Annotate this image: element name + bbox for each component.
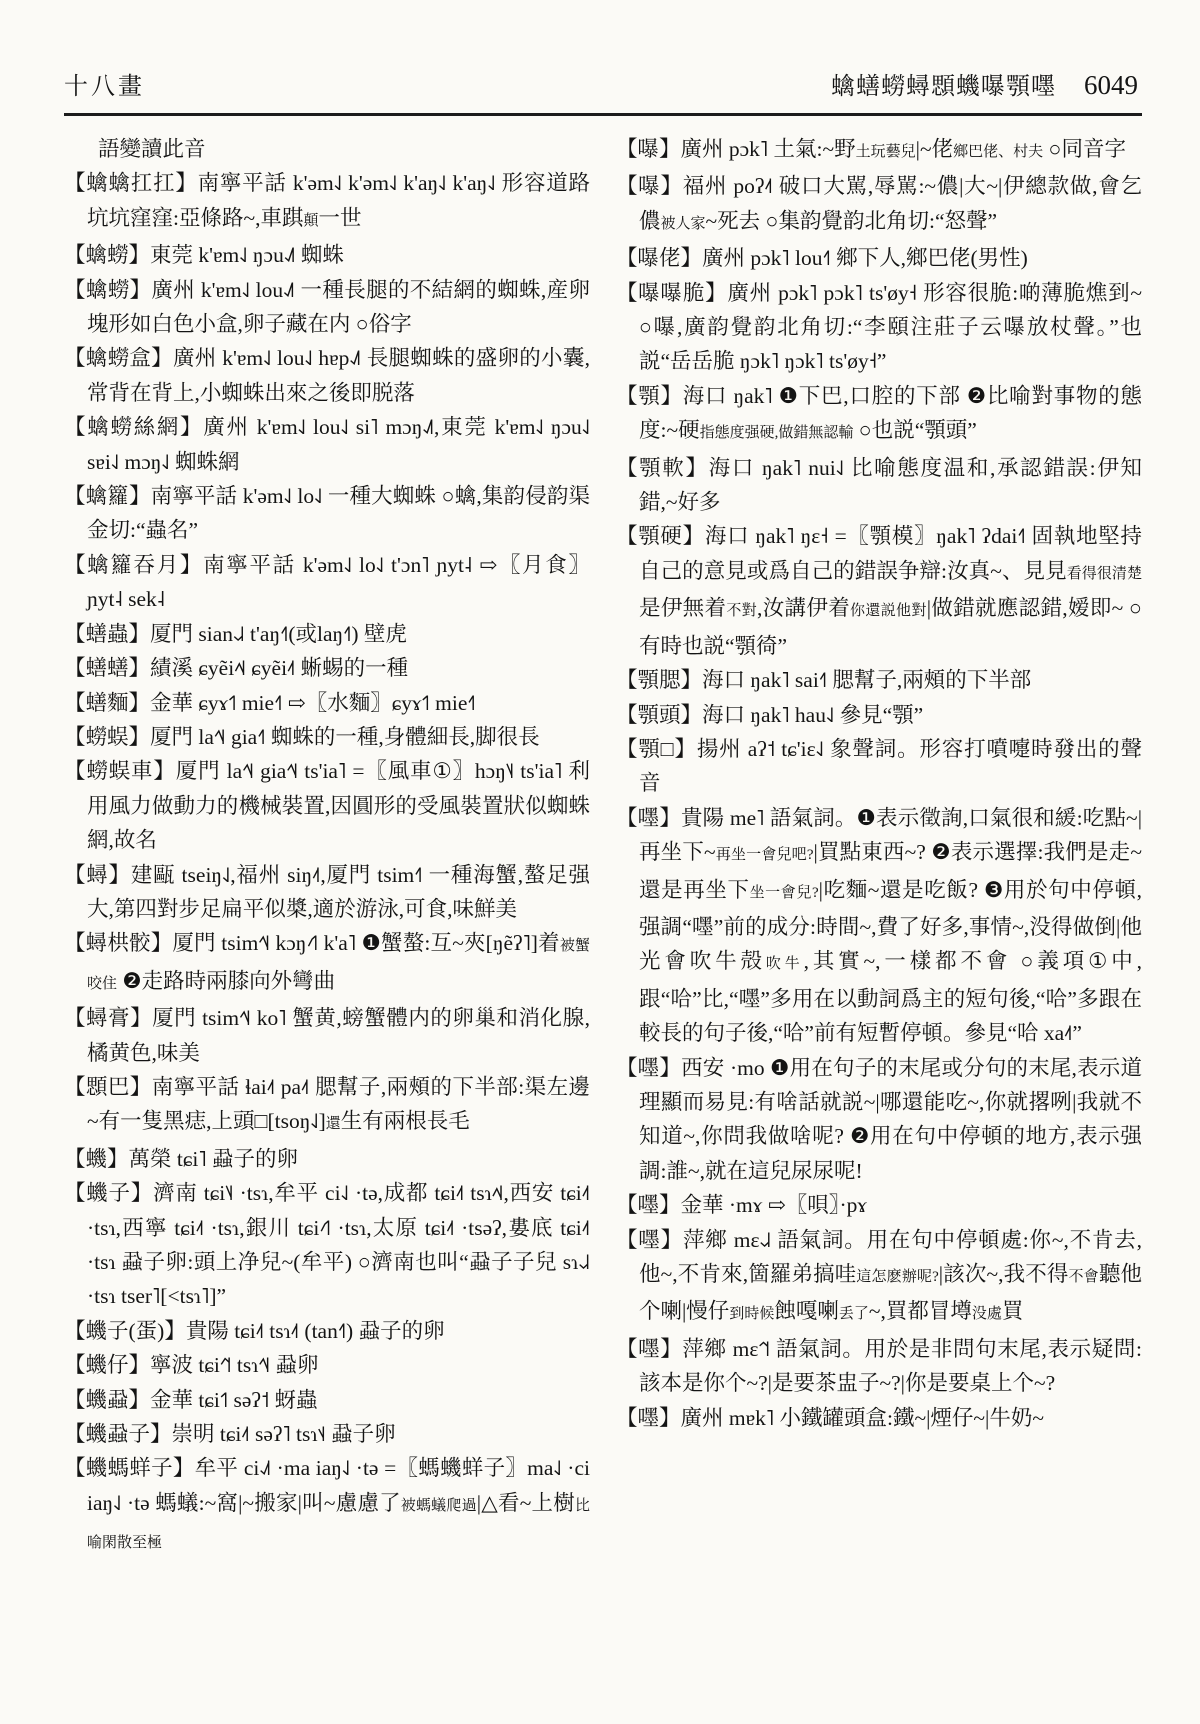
- entry-headword: 【蟣蝨】: [64, 1388, 150, 1412]
- entry-text: |~佬: [916, 137, 953, 161]
- dictionary-entry: 【嚗嚗脆】廣州 pɔk˥ pɔk˥ ts'øy˧ 形容很脆:啲薄脆燋到~ ○嚗,…: [616, 276, 1142, 379]
- entry-text: 廣州 k'ɐm˨˩ lou˨˩˥ 一種長腿的不結網的蜘蛛,産卵塊形如白色小盒,卵…: [87, 278, 590, 336]
- dictionary-entry: 【嚜】萍鄉 mɛ˨˩˨ 語氣詞。用在句中停頓處:你~,不肯去,他~,不肯來,箇羅…: [616, 1223, 1142, 1332]
- dictionary-entry: 【蟮蟲】厦門 sian˨˩˨ t'aŋ˧˥(或laŋ˧˥) 壁虎: [64, 617, 590, 651]
- entry-text: 揚州 aʔ˦ tɕ'iɛ˨˩ 象聲詞。形容打噴嚏時發出的聲音: [639, 737, 1142, 795]
- inline-gloss: 土玩藝兒: [856, 144, 916, 160]
- entry-headword: 【嚜】: [616, 1056, 681, 1080]
- entry-text: 金華 ɕyɤ˦˥ mie˧˥ ⇨〖水麵〗ɕyɤ˦˥ mie˧˥: [150, 691, 476, 715]
- inline-gloss: 還: [326, 1116, 341, 1132]
- dictionary-entry: 【蟮麵】金華 ɕyɤ˦˥ mie˧˥ ⇨〖水麵〗ɕyɤ˦˥ mie˧˥: [64, 686, 590, 720]
- entry-text: |△看~上樹: [477, 1491, 575, 1515]
- entry-text: 寧波 tɕi˧˥˦ tsɿ˧˥˨ 蝨卵: [150, 1353, 318, 1377]
- dictionary-entry: 【蟣】萬榮 tɕi˥ 蝨子的卵: [64, 1142, 590, 1176]
- entry-text: 廣州 pɔk˥ 土氣:~野: [681, 137, 856, 161]
- text-columns: 語變讀此音 【蠄蠄扛扛】南寧平話 k'əm˨˩ k'əm˨˩ k'aŋ˨˩ k'…: [64, 132, 1142, 1704]
- dictionary-entry: 【蠄籮吞月】南寧平話 k'əm˨˩ lo˨˩ t'ɔn˥ ɲyt˨ ⇨〖月食〗ɲ…: [64, 548, 590, 617]
- entry-headword: 【蟣】: [64, 1147, 129, 1171]
- dictionary-entry: 【蟧蜈車】厦門 la˧˥˨ gia˧˥˨ ts'ia˥ =〖風車①〗hɔŋ˥˨ …: [64, 754, 590, 857]
- inline-gloss: 再坐一會兒吧?: [716, 847, 814, 863]
- entry-headword: 【嚜】: [616, 1228, 683, 1252]
- entry-headword: 【蟮蟮】: [64, 656, 150, 680]
- entry-headword: 【嚜】: [616, 806, 681, 830]
- entry-text: ~,買都冒墫: [869, 1299, 972, 1323]
- entry-text: ○同音字: [1043, 137, 1126, 161]
- entry-text: 萬榮 tɕi˥ 蝨子的卵: [129, 1147, 298, 1171]
- entry-headword: 【蠄籮吞月】: [64, 553, 203, 577]
- right-column: 【嚗】廣州 pɔk˥ 土氣:~野土玩藝兒|~佬鄉巴佬、村夫 ○同音字【嚗】福州 …: [616, 132, 1142, 1704]
- dictionary-entry: 【蟳】建甌 tseiŋ˨˩,福州 siŋ˨˦,厦門 tsim˧˥ 一種海蟹,螯足…: [64, 858, 590, 927]
- entry-headword: 【顋巴】: [64, 1075, 152, 1099]
- left-column: 語變讀此音 【蠄蠄扛扛】南寧平話 k'əm˨˩ k'əm˨˩ k'aŋ˨˩ k'…: [64, 132, 590, 1704]
- entry-text: ❷走路時兩膝向外彎曲: [117, 969, 335, 993]
- inline-gloss: 鄉巴佬、村夫: [953, 144, 1043, 160]
- inline-gloss: 不對: [726, 603, 757, 619]
- entry-headword: 【蟳膏】: [64, 1006, 152, 1030]
- entry-text: 貴陽 tɕi˨˦ tsɿ˨˦ (tan˧˥) 蝨子的卵: [186, 1319, 445, 1343]
- dictionary-entry: 【蠄蟧】東莞 k'ɐm˨˩ ŋɔu˨˩˥ 蜘蛛: [64, 238, 590, 272]
- dictionary-entry: 【顋巴】南寧平話 ɬai˨˦ pa˨˦ 腮幫子,兩頰的下半部:渠左邊~有一隻黑痣…: [64, 1070, 590, 1142]
- entry-headword: 【顎腮】: [616, 668, 702, 692]
- entry-headword: 【蠄蟧絲網】: [64, 415, 203, 439]
- entry-headword: 【蠄蟧】: [64, 243, 150, 267]
- dictionary-entry: 【顎軟】海口 ŋak˥ nui˨˩ 比喻態度温和,承認錯誤:伊知錯,~好多: [616, 451, 1142, 520]
- inline-gloss: 這怎麽辦呢?: [856, 1269, 938, 1285]
- dictionary-entry: 【嚗佬】廣州 pɔk˥ lou˧˥ 鄉下人,鄉巴佬(男性): [616, 241, 1142, 275]
- entry-text: 買: [1002, 1299, 1024, 1323]
- dictionary-page: 十八畫 蠄蟮蟧蟳顋蟣嚗顎嚜 6049 語變讀此音 【蠄蠄扛扛】南寧平話 k'əm…: [0, 0, 1200, 1724]
- entry-text: 厦門 la˧˥˨ gia˧˥ 蜘蛛的一種,身體細長,脚很長: [150, 725, 540, 749]
- entry-headword: 【蟮麵】: [64, 691, 150, 715]
- dictionary-entry: 【顎】海口 ŋak˥ ❶下巴,口腔的下部 ❷比喻對事物的態度:~硬指態度强硬,做…: [616, 379, 1142, 451]
- entry-text: 厦門 tsim˧˥˨ ko˥ 蟹黄,螃蟹體内的卵巢和消化腺,橘黄色,味美: [87, 1006, 590, 1064]
- entry-text: 金華 ·mɤ ⇨〖唄〗·pɤ: [681, 1193, 867, 1217]
- dictionary-entry: 【嚜】金華 ·mɤ ⇨〖唄〗·pɤ: [616, 1188, 1142, 1222]
- entry-text: ,汝講伊着: [757, 596, 850, 620]
- entry-text: ~死去 ○集韵覺韵北角切:“怒聲”: [706, 209, 998, 233]
- entry-text: 生有兩根長毛: [341, 1109, 470, 1133]
- dictionary-entry: 【嚜】萍鄉 mɛ˦˥˦ 語氣詞。用於是非問句末尾,表示疑問:該本是你个~?|是要…: [616, 1332, 1142, 1401]
- dictionary-entry: 【蟣蝨】金華 tɕi˦˥ səʔ˦ 蚜蟲: [64, 1383, 590, 1417]
- entry-headword: 【嚗佬】: [616, 246, 702, 270]
- dictionary-entry: 【蟣子】濟南 tɕi˥˨ ·tsɿ,牟平 ci˨˩ ·tə,成都 tɕi˨˦ t…: [64, 1176, 590, 1314]
- entry-headword: 【嚜】: [616, 1193, 681, 1217]
- dictionary-entry: 【蟣蝨子】崇明 tɕi˨˦ səʔ˥ tsɿ˦˨ 蝨子卵: [64, 1417, 590, 1451]
- entry-headword: 【蠄蟧】: [64, 278, 151, 302]
- dictionary-entry: 【嚗】福州 poʔ˨˦ 破口大駡,辱駡:~儂|大~|伊總款做,會乞儂被人家~死去…: [616, 169, 1142, 241]
- entry-text: 崇明 tɕi˨˦ səʔ˥ tsɿ˦˨ 蝨子卵: [172, 1422, 396, 1446]
- section-title: 十八畫: [64, 66, 145, 101]
- dictionary-entry: 【嚜】貴陽 me˥ 語氣詞。❶表示徵詢,口氣很和緩:吃點~|再坐下~再坐一會兒吧…: [616, 801, 1142, 1051]
- continuation-line: 語變讀此音: [64, 132, 590, 166]
- entry-text: 海口 ŋak˥ sai˧˥ 腮幫子,兩頰的下半部: [702, 668, 1031, 692]
- entry-headword: 【嚗嚗脆】: [616, 281, 727, 305]
- dictionary-entry: 【蟳栱骹】厦門 tsim˧˥˨ kɔŋ˨˦˥ k'a˥ ❶蟹螯:互~夾[ŋẽʔ˥…: [64, 926, 590, 1001]
- inline-gloss: 吹牛: [766, 956, 804, 972]
- entry-text: 厦門 sian˨˩˨ t'aŋ˧˥(或laŋ˧˥) 壁虎: [150, 622, 407, 646]
- entry-text: 績溪 ɕyẽi˨˦˨ ɕyẽi˨˦ 蜥蜴的一種: [150, 656, 408, 680]
- entry-text: 厦門 tsim˧˥˨ kɔŋ˨˦˥ k'a˥ ❶蟹螯:互~夾[ŋẽʔ˥]着: [172, 931, 559, 955]
- dictionary-entry: 【蟳膏】厦門 tsim˧˥˨ ko˥ 蟹黄,螃蟹體内的卵巢和消化腺,橘黄色,味美: [64, 1001, 590, 1070]
- inline-gloss: 不會: [1069, 1269, 1099, 1285]
- dictionary-entry: 【顎腮】海口 ŋak˥ sai˧˥ 腮幫子,兩頰的下半部: [616, 663, 1142, 697]
- entry-headword: 【蠄籮】: [64, 484, 151, 508]
- inline-gloss: 你還説他對: [850, 603, 927, 619]
- header-right: 蠄蟮蟧蟳顋蟣嚗顎嚜 6049: [831, 66, 1138, 101]
- dictionary-entry: 【蠄蟧絲網】廣州 k'ɐm˨˩ lou˨˩ si˥ mɔŋ˨˩˥,東莞 k'ɐm…: [64, 410, 590, 479]
- entry-headword: 【蟣蝨子】: [64, 1422, 172, 1446]
- entry-text: 萍鄉 mɛ˦˥˦ 語氣詞。用於是非問句末尾,表示疑問:該本是你个~?|是要茶盅子…: [639, 1337, 1142, 1395]
- entry-headword: 【蠄蟧盒】: [64, 346, 173, 370]
- entry-headword: 【嚜】: [616, 1406, 681, 1430]
- page-number: 6049: [1084, 70, 1138, 101]
- entry-text: 是伊無着: [639, 596, 726, 620]
- inline-gloss: 看得很清楚: [1067, 566, 1142, 582]
- entry-text: 廣州 pɔk˥ lou˧˥ 鄉下人,鄉巴佬(男性): [702, 246, 1028, 270]
- entry-headword: 【蠄蠄扛扛】: [64, 171, 198, 195]
- entry-headword: 【顎頭】: [616, 703, 702, 727]
- dictionary-entry: 【蟣仔】寧波 tɕi˧˥˦ tsɿ˧˥˨ 蝨卵: [64, 1348, 590, 1382]
- header-headwords: 蠄蟮蟧蟳顋蟣嚗顎嚜: [831, 66, 1056, 101]
- dictionary-entry: 【嚜】西安 ·mo ❶用在句子的末尾或分句的末尾,表示道理顯而易見:有啥話就説~…: [616, 1051, 1142, 1189]
- dictionary-entry: 【蠄蟧盒】廣州 k'ɐm˨˩ lou˨˩ hɐp˨˩˥ 長腿蜘蛛的盛卵的小囊,常…: [64, 341, 590, 410]
- entry-text: 海口 ŋak˥ nui˨˩ 比喻態度温和,承認錯誤:伊知錯,~好多: [639, 456, 1142, 514]
- header-rule: [64, 113, 1142, 116]
- entry-text: 金華 tɕi˦˥ səʔ˦ 蚜蟲: [150, 1388, 318, 1412]
- entry-headword: 【蟮蟲】: [64, 622, 150, 646]
- entry-headword: 【蟳】: [64, 863, 131, 887]
- entry-text: |該次~,我不得: [939, 1262, 1069, 1286]
- entry-headword: 【嚗】: [616, 174, 683, 198]
- inline-gloss: 到時候: [729, 1306, 774, 1322]
- inline-gloss: 被人家: [661, 216, 706, 232]
- entry-headword: 【蟣子(蛋)】: [64, 1319, 186, 1343]
- entry-headword: 【嚜】: [616, 1337, 682, 1361]
- entry-text: 南寧平話 k'əm˨˩ lo˨˩ 一種大蜘蛛 ○蠄,集韵侵韵渠金切:“蟲名”: [87, 484, 590, 542]
- entry-text: ○也説“顎頭”: [853, 418, 976, 442]
- dictionary-entry: 【蠄蠄扛扛】南寧平話 k'əm˨˩ k'əm˨˩ k'aŋ˨˩ k'aŋ˨˩ 形…: [64, 166, 590, 238]
- dictionary-entry: 【蟣子(蛋)】貴陽 tɕi˨˦ tsɿ˨˦ (tan˧˥) 蝨子的卵: [64, 1314, 590, 1348]
- entry-text: 廣州 mɐk˥ 小鐵罐頭盒:鐵~|煙仔~|牛奶~: [681, 1406, 1044, 1430]
- entry-headword: 【顎□】: [616, 737, 697, 761]
- entry-text: 建甌 tseiŋ˨˩,福州 siŋ˨˦,厦門 tsim˧˥ 一種海蟹,螯足强大,…: [87, 863, 590, 921]
- entry-text: 蝕嘎喇: [774, 1299, 839, 1323]
- entry-headword: 【蟧蜈】: [64, 725, 150, 749]
- entry-headword: 【蟧蜈車】: [64, 759, 176, 783]
- dictionary-entry: 【顎硬】海口 ŋak˥ ŋɛ˧ =〖顎模〗ŋak˥ ʔdai˧˥ 固執地堅持自己…: [616, 519, 1142, 663]
- dictionary-entry: 【蠄蟧】廣州 k'ɐm˨˩ lou˨˩˥ 一種長腿的不結網的蜘蛛,産卵塊形如白色…: [64, 273, 590, 342]
- entry-headword: 【蟣仔】: [64, 1353, 150, 1377]
- entry-headword: 【嚗】: [616, 137, 681, 161]
- entry-headword: 【蟳栱骹】: [64, 931, 172, 955]
- entry-headword: 【蟣子】: [64, 1181, 153, 1205]
- dictionary-entry: 【顎□】揚州 aʔ˦ tɕ'iɛ˨˩ 象聲詞。形容打噴嚏時發出的聲音: [616, 732, 1142, 801]
- inline-gloss: 顛: [303, 213, 318, 229]
- entry-headword: 【顎軟】: [616, 456, 709, 480]
- dictionary-entry: 【嚗】廣州 pɔk˥ 土氣:~野土玩藝兒|~佬鄉巴佬、村夫 ○同音字: [616, 132, 1142, 169]
- entry-headword: 【顎】: [616, 384, 683, 408]
- page-header: 十八畫 蠄蟮蟧蟳顋蟣嚗顎嚜 6049: [64, 66, 1138, 101]
- dictionary-entry: 【蟣螞蛘子】牟平 ci˨˩˦ ·ma iaŋ˨˩ ·tə =〖螞蟣蛘子〗ma˨˩…: [64, 1451, 590, 1560]
- entry-headword: 【蟣螞蛘子】: [64, 1456, 195, 1480]
- inline-gloss: 被螞蟻爬過: [401, 1498, 477, 1514]
- inline-gloss: 坐一會兒?: [750, 885, 819, 901]
- inline-gloss: 丢了: [839, 1306, 869, 1322]
- inline-gloss: 指態度强硬,做錯無認輸: [700, 425, 854, 441]
- entry-text: 濟南 tɕi˥˨ ·tsɿ,牟平 ci˨˩ ·tə,成都 tɕi˨˦ tsɿ˨˦…: [87, 1181, 590, 1308]
- dictionary-entry: 【蟧蜈】厦門 la˧˥˨ gia˧˥ 蜘蛛的一種,身體細長,脚很長: [64, 720, 590, 754]
- dictionary-entry: 【蟮蟮】績溪 ɕyẽi˨˦˨ ɕyẽi˨˦ 蜥蜴的一種: [64, 651, 590, 685]
- entry-text: 東莞 k'ɐm˨˩ ŋɔu˨˩˥ 蜘蛛: [150, 243, 344, 267]
- entry-headword: 【顎硬】: [616, 524, 705, 548]
- entry-text: 西安 ·mo ❶用在句子的末尾或分句的末尾,表示道理顯而易見:有啥話就説~|哪還…: [639, 1056, 1142, 1183]
- entry-text: 海口 ŋak˥ hau˨˩ 參見“顎”: [702, 703, 923, 727]
- dictionary-entry: 【嚜】廣州 mɐk˥ 小鐵罐頭盒:鐵~|煙仔~|牛奶~: [616, 1401, 1142, 1435]
- dictionary-entry: 【顎頭】海口 ŋak˥ hau˨˩ 參見“顎”: [616, 698, 1142, 732]
- dictionary-entry: 【蠄籮】南寧平話 k'əm˨˩ lo˨˩ 一種大蜘蛛 ○蠄,集韵侵韵渠金切:“蟲…: [64, 479, 590, 548]
- entry-text: 一世: [319, 206, 362, 230]
- inline-gloss: 没處: [972, 1306, 1002, 1322]
